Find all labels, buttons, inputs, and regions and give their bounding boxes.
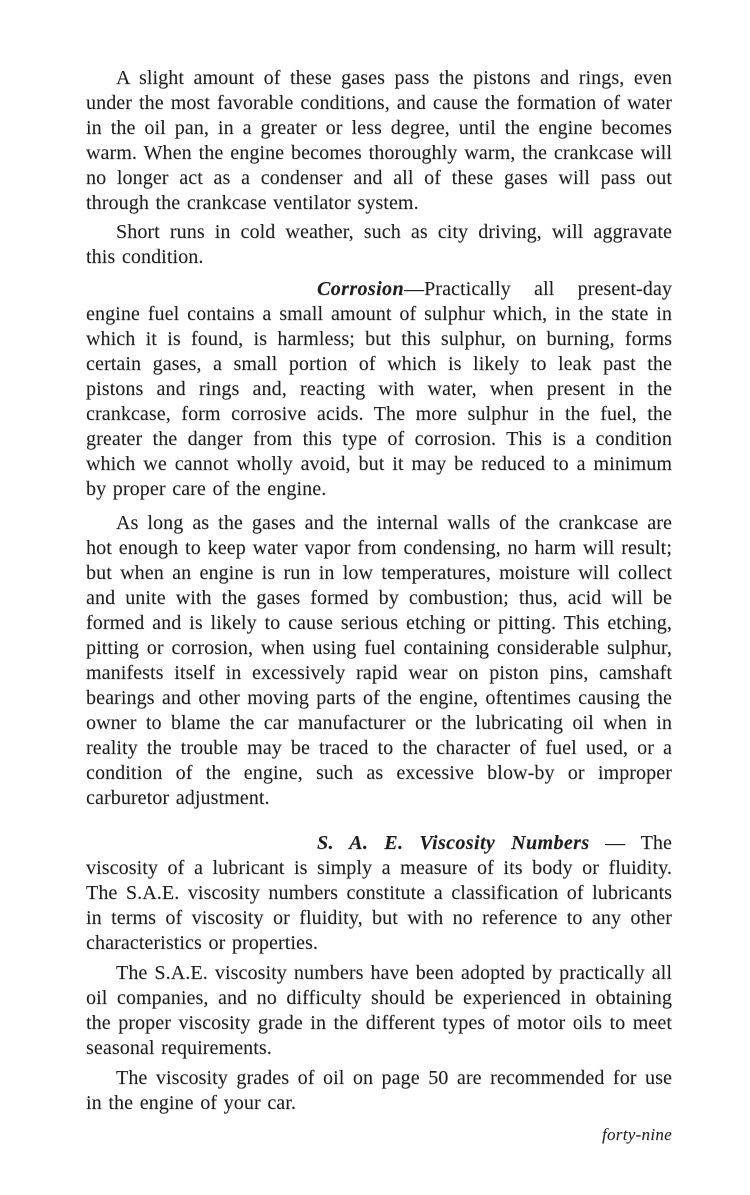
section-heading-sae-viscosity: S. A. E. Viscosity Numbers [317, 832, 590, 854]
section-paragraph-corrosion: Corrosion—Practically all present-day en… [86, 277, 672, 502]
section-paragraph-sae-viscosity: S. A. E. Viscosity Numbers — The viscosi… [86, 831, 672, 956]
section-heading-corrosion: Corrosion [317, 278, 404, 300]
body-paragraph-gases: A slight amount of these gases pass the … [86, 66, 672, 216]
body-paragraph-adopted: The S.A.E. viscosity numbers have been a… [86, 961, 672, 1061]
body-paragraph-etching: As long as the gases and the internal wa… [86, 511, 672, 811]
body-paragraph-grades: The viscosity grades of oil on page 50 a… [86, 1066, 672, 1116]
manual-page: A slight amount of these gases pass the … [86, 66, 672, 1145]
page-number: forty-nine [86, 1125, 672, 1145]
section-text-corrosion: —Practically all present-day engine fuel… [86, 278, 672, 500]
body-paragraph-short-runs: Short runs in cold weather, such as city… [86, 220, 672, 270]
